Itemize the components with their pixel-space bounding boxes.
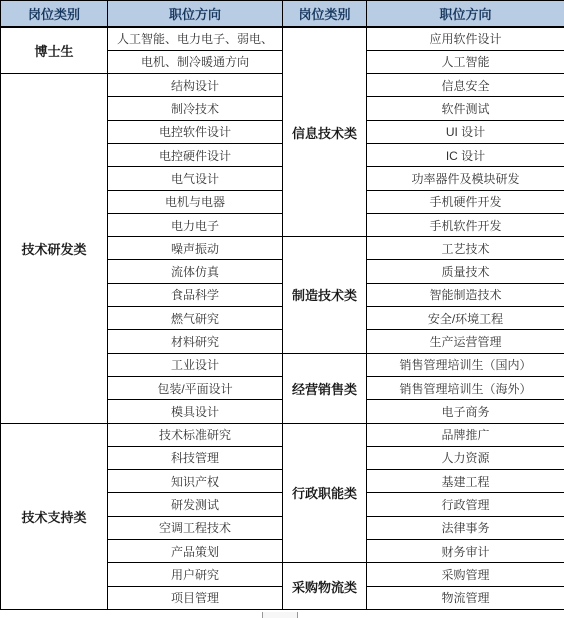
right-position-cell: 功率器件及模块研发 [367, 167, 564, 190]
header-left-category: 岗位类别 [1, 1, 108, 28]
right-category-cell: 经营销售类 [283, 353, 367, 423]
left-position-cell: 材料研究 [108, 330, 283, 353]
scrollbar-fragment [262, 612, 298, 618]
right-position-cell: 手机硬件开发 [367, 190, 564, 213]
right-position-cell: 智能制造技术 [367, 283, 564, 306]
left-category-cell: 技术研发类 [1, 74, 108, 423]
left-position-cell: 电力电子 [108, 213, 283, 236]
left-position-cell: 结构设计 [108, 74, 283, 97]
right-category-cell: 制造技术类 [283, 237, 367, 353]
left-position-cell: 人工智能、电力电子、弱电、 [108, 27, 283, 50]
left-position-cell: 噪声振动 [108, 237, 283, 260]
left-position-cell: 包装/平面设计 [108, 376, 283, 399]
table-row: 技术研发类结构设计信息安全 [1, 74, 564, 97]
right-position-cell: 物流管理 [367, 586, 564, 609]
right-position-cell: 采购管理 [367, 563, 564, 586]
right-position-cell: 法律事务 [367, 516, 564, 539]
left-position-cell: 电控软件设计 [108, 120, 283, 143]
positions-table: 岗位类别 职位方向 岗位类别 职位方向 博士生人工智能、电力电子、弱电、信息技术… [0, 0, 564, 610]
right-category-cell: 行政职能类 [283, 423, 367, 563]
right-position-cell: 生产运营管理 [367, 330, 564, 353]
right-position-cell: UI 设计 [367, 120, 564, 143]
right-position-cell: 工艺技术 [367, 237, 564, 260]
left-position-cell: 食品科学 [108, 283, 283, 306]
left-position-cell: 燃气研究 [108, 307, 283, 330]
left-position-cell: 研发测试 [108, 493, 283, 516]
right-category-cell: 采购物流类 [283, 563, 367, 610]
left-position-cell: 电机、制冷暖通方向 [108, 50, 283, 73]
right-position-cell: 基建工程 [367, 470, 564, 493]
left-category-cell: 博士生 [1, 27, 108, 74]
right-position-cell: 行政管理 [367, 493, 564, 516]
left-position-cell: 电机与电器 [108, 190, 283, 213]
right-category-cell: 信息技术类 [283, 27, 367, 237]
right-position-cell: 质量技术 [367, 260, 564, 283]
left-position-cell: 模具设计 [108, 400, 283, 423]
left-position-cell: 制冷技术 [108, 97, 283, 120]
right-position-cell: 软件测试 [367, 97, 564, 120]
right-position-cell: 财务审计 [367, 540, 564, 563]
left-position-cell: 技术标准研究 [108, 423, 283, 446]
left-position-cell: 项目管理 [108, 586, 283, 609]
right-position-cell: 安全/环境工程 [367, 307, 564, 330]
left-position-cell: 电气设计 [108, 167, 283, 190]
left-position-cell: 科技管理 [108, 446, 283, 469]
right-position-cell: 手机软件开发 [367, 213, 564, 236]
right-position-cell: 人工智能 [367, 50, 564, 73]
table-header: 岗位类别 职位方向 岗位类别 职位方向 [1, 1, 564, 28]
table-row: 博士生人工智能、电力电子、弱电、信息技术类应用软件设计 [1, 27, 564, 50]
left-category-cell: 技术支持类 [1, 423, 108, 609]
page: 岗位类别 职位方向 岗位类别 职位方向 博士生人工智能、电力电子、弱电、信息技术… [0, 0, 564, 618]
right-position-cell: 人力资源 [367, 446, 564, 469]
right-position-cell: 销售管理培训生（海外） [367, 376, 564, 399]
right-position-cell: 应用软件设计 [367, 27, 564, 50]
left-position-cell: 空调工程技术 [108, 516, 283, 539]
left-position-cell: 知识产权 [108, 470, 283, 493]
left-position-cell: 流体仿真 [108, 260, 283, 283]
left-position-cell: 用户研究 [108, 563, 283, 586]
header-right-direction: 职位方向 [367, 1, 564, 28]
right-position-cell: 信息安全 [367, 74, 564, 97]
table-body: 博士生人工智能、电力电子、弱电、信息技术类应用软件设计电机、制冷暖通方向人工智能… [1, 27, 564, 610]
header-left-direction: 职位方向 [108, 1, 283, 28]
header-row: 岗位类别 职位方向 岗位类别 职位方向 [1, 1, 564, 28]
header-right-category: 岗位类别 [283, 1, 367, 28]
right-position-cell: 电子商务 [367, 400, 564, 423]
left-position-cell: 工业设计 [108, 353, 283, 376]
table-row: 技术支持类技术标准研究行政职能类品牌推广 [1, 423, 564, 446]
right-position-cell: 销售管理培训生（国内） [367, 353, 564, 376]
left-position-cell: 产品策划 [108, 540, 283, 563]
right-position-cell: 品牌推广 [367, 423, 564, 446]
left-position-cell: 电控硬件设计 [108, 143, 283, 166]
right-position-cell: IC 设计 [367, 143, 564, 166]
